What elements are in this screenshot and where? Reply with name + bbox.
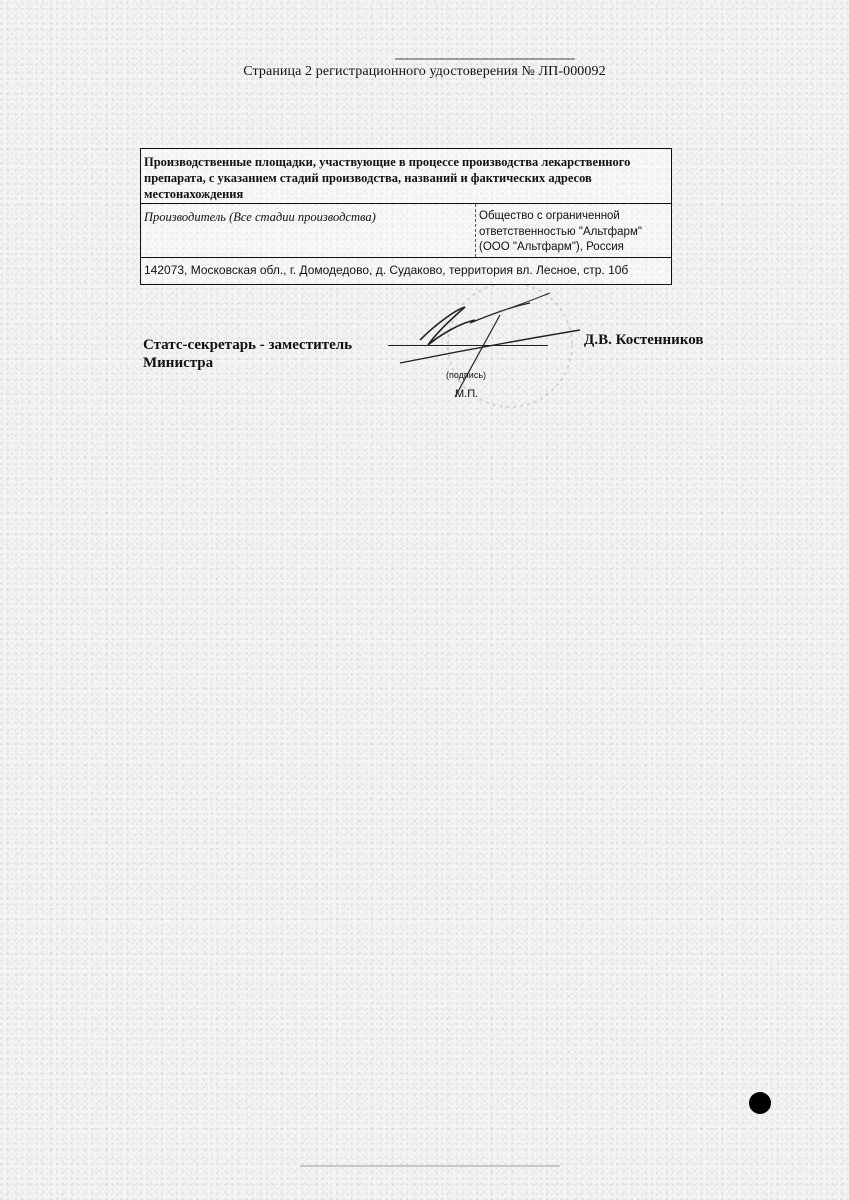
page-header: Страница 2 регистрационного удостоверени… xyxy=(0,64,849,80)
signature-caption: (подпись) xyxy=(446,370,486,380)
signer-title-line: Министра xyxy=(143,354,352,372)
manufacturer-line: Общество с ограниченной xyxy=(479,209,668,225)
production-sites-table: Производственные площадки, участвующие в… xyxy=(140,148,672,285)
table-row: Производитель (Все стадии производства) … xyxy=(141,204,671,258)
signer-title: Статс-секретарь - заместитель Министра xyxy=(143,336,352,372)
table-header: Производственные площадки, участвующие в… xyxy=(141,149,671,204)
scan-artifact xyxy=(300,1165,560,1167)
punch-hole-mark xyxy=(749,1092,771,1114)
manufacturer-line: ответственностью "Альтфарм" xyxy=(479,225,668,241)
production-role: Производитель (Все стадии производства) xyxy=(141,204,475,257)
signer-name: Д.В. Костенников xyxy=(584,332,704,349)
scan-artifact xyxy=(395,58,575,60)
handwritten-signature xyxy=(380,285,600,415)
manufacturer-name: Общество с ограниченной ответственностью… xyxy=(475,204,671,257)
manufacturer-line: (ООО "Альтфарм"), Россия xyxy=(479,240,668,256)
stamp-label: М.П. xyxy=(455,388,478,400)
signer-title-line: Статс-секретарь - заместитель xyxy=(143,336,352,354)
site-address: 142073, Московская обл., г. Домодедово, … xyxy=(141,258,671,284)
